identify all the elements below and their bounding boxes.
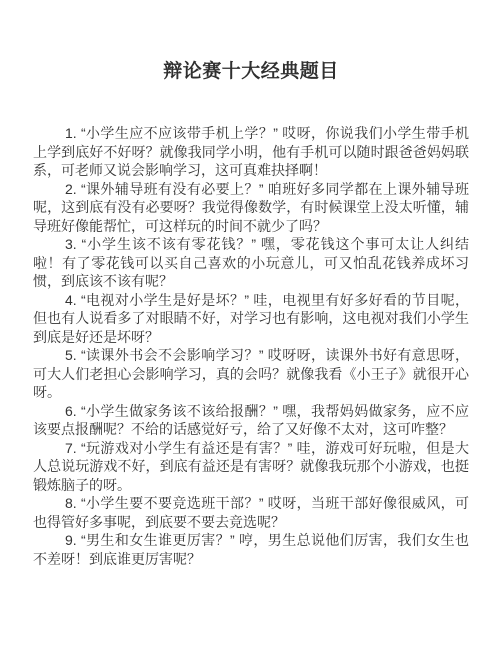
paragraph-9: 9. “男生和女生谁更厉害？” 哼，男生总说他们厉害，我们女生也不差呀！到底谁更… xyxy=(33,531,469,568)
paragraph-2: 2. “课外辅导班有没有必要上？” 咱班好多同学都在上课外辅导班呢，这到底有没有… xyxy=(33,180,469,236)
paragraph-6: 6. “小学生做家务该不该给报酬？” 嘿，我帮妈妈做家务，应不应该要点报酬呢？不… xyxy=(33,402,469,439)
paragraph-3: 3. “小学生该不该有零花钱？” 嘿，零花钱这个事可太让人纠结啦！有了零花钱可以… xyxy=(33,235,469,291)
paragraph-7: 7. “玩游戏对小学生有益还是有害？” 哇，游戏可好玩啦，但是大人总说玩游戏不好… xyxy=(33,439,469,495)
paragraph-5: 5. “读课外书会不会影响学习？” 哎呀呀，读课外书好有意思呀，可大人们老担心会… xyxy=(33,346,469,402)
paragraph-4: 4. “电视对小学生是好是坏？” 哇，电视里有好多好看的节目呢，但也有人说看多了… xyxy=(33,291,469,347)
document-page: 辩论赛十大经典题目 1. “小学生应不应该带手机上学？” 哎呀，你说我们小学生带… xyxy=(0,0,502,649)
document-body: 1. “小学生应不应该带手机上学？” 哎呀，你说我们小学生带手机上学到底好不好呀… xyxy=(33,124,469,568)
document-title: 辩论赛十大经典题目 xyxy=(33,60,469,83)
paragraph-1: 1. “小学生应不应该带手机上学？” 哎呀，你说我们小学生带手机上学到底好不好呀… xyxy=(33,124,469,180)
paragraph-8: 8. “小学生要不要竞选班干部？” 哎呀，当班干部好像很威风，可也得管好多事呢，… xyxy=(33,494,469,531)
